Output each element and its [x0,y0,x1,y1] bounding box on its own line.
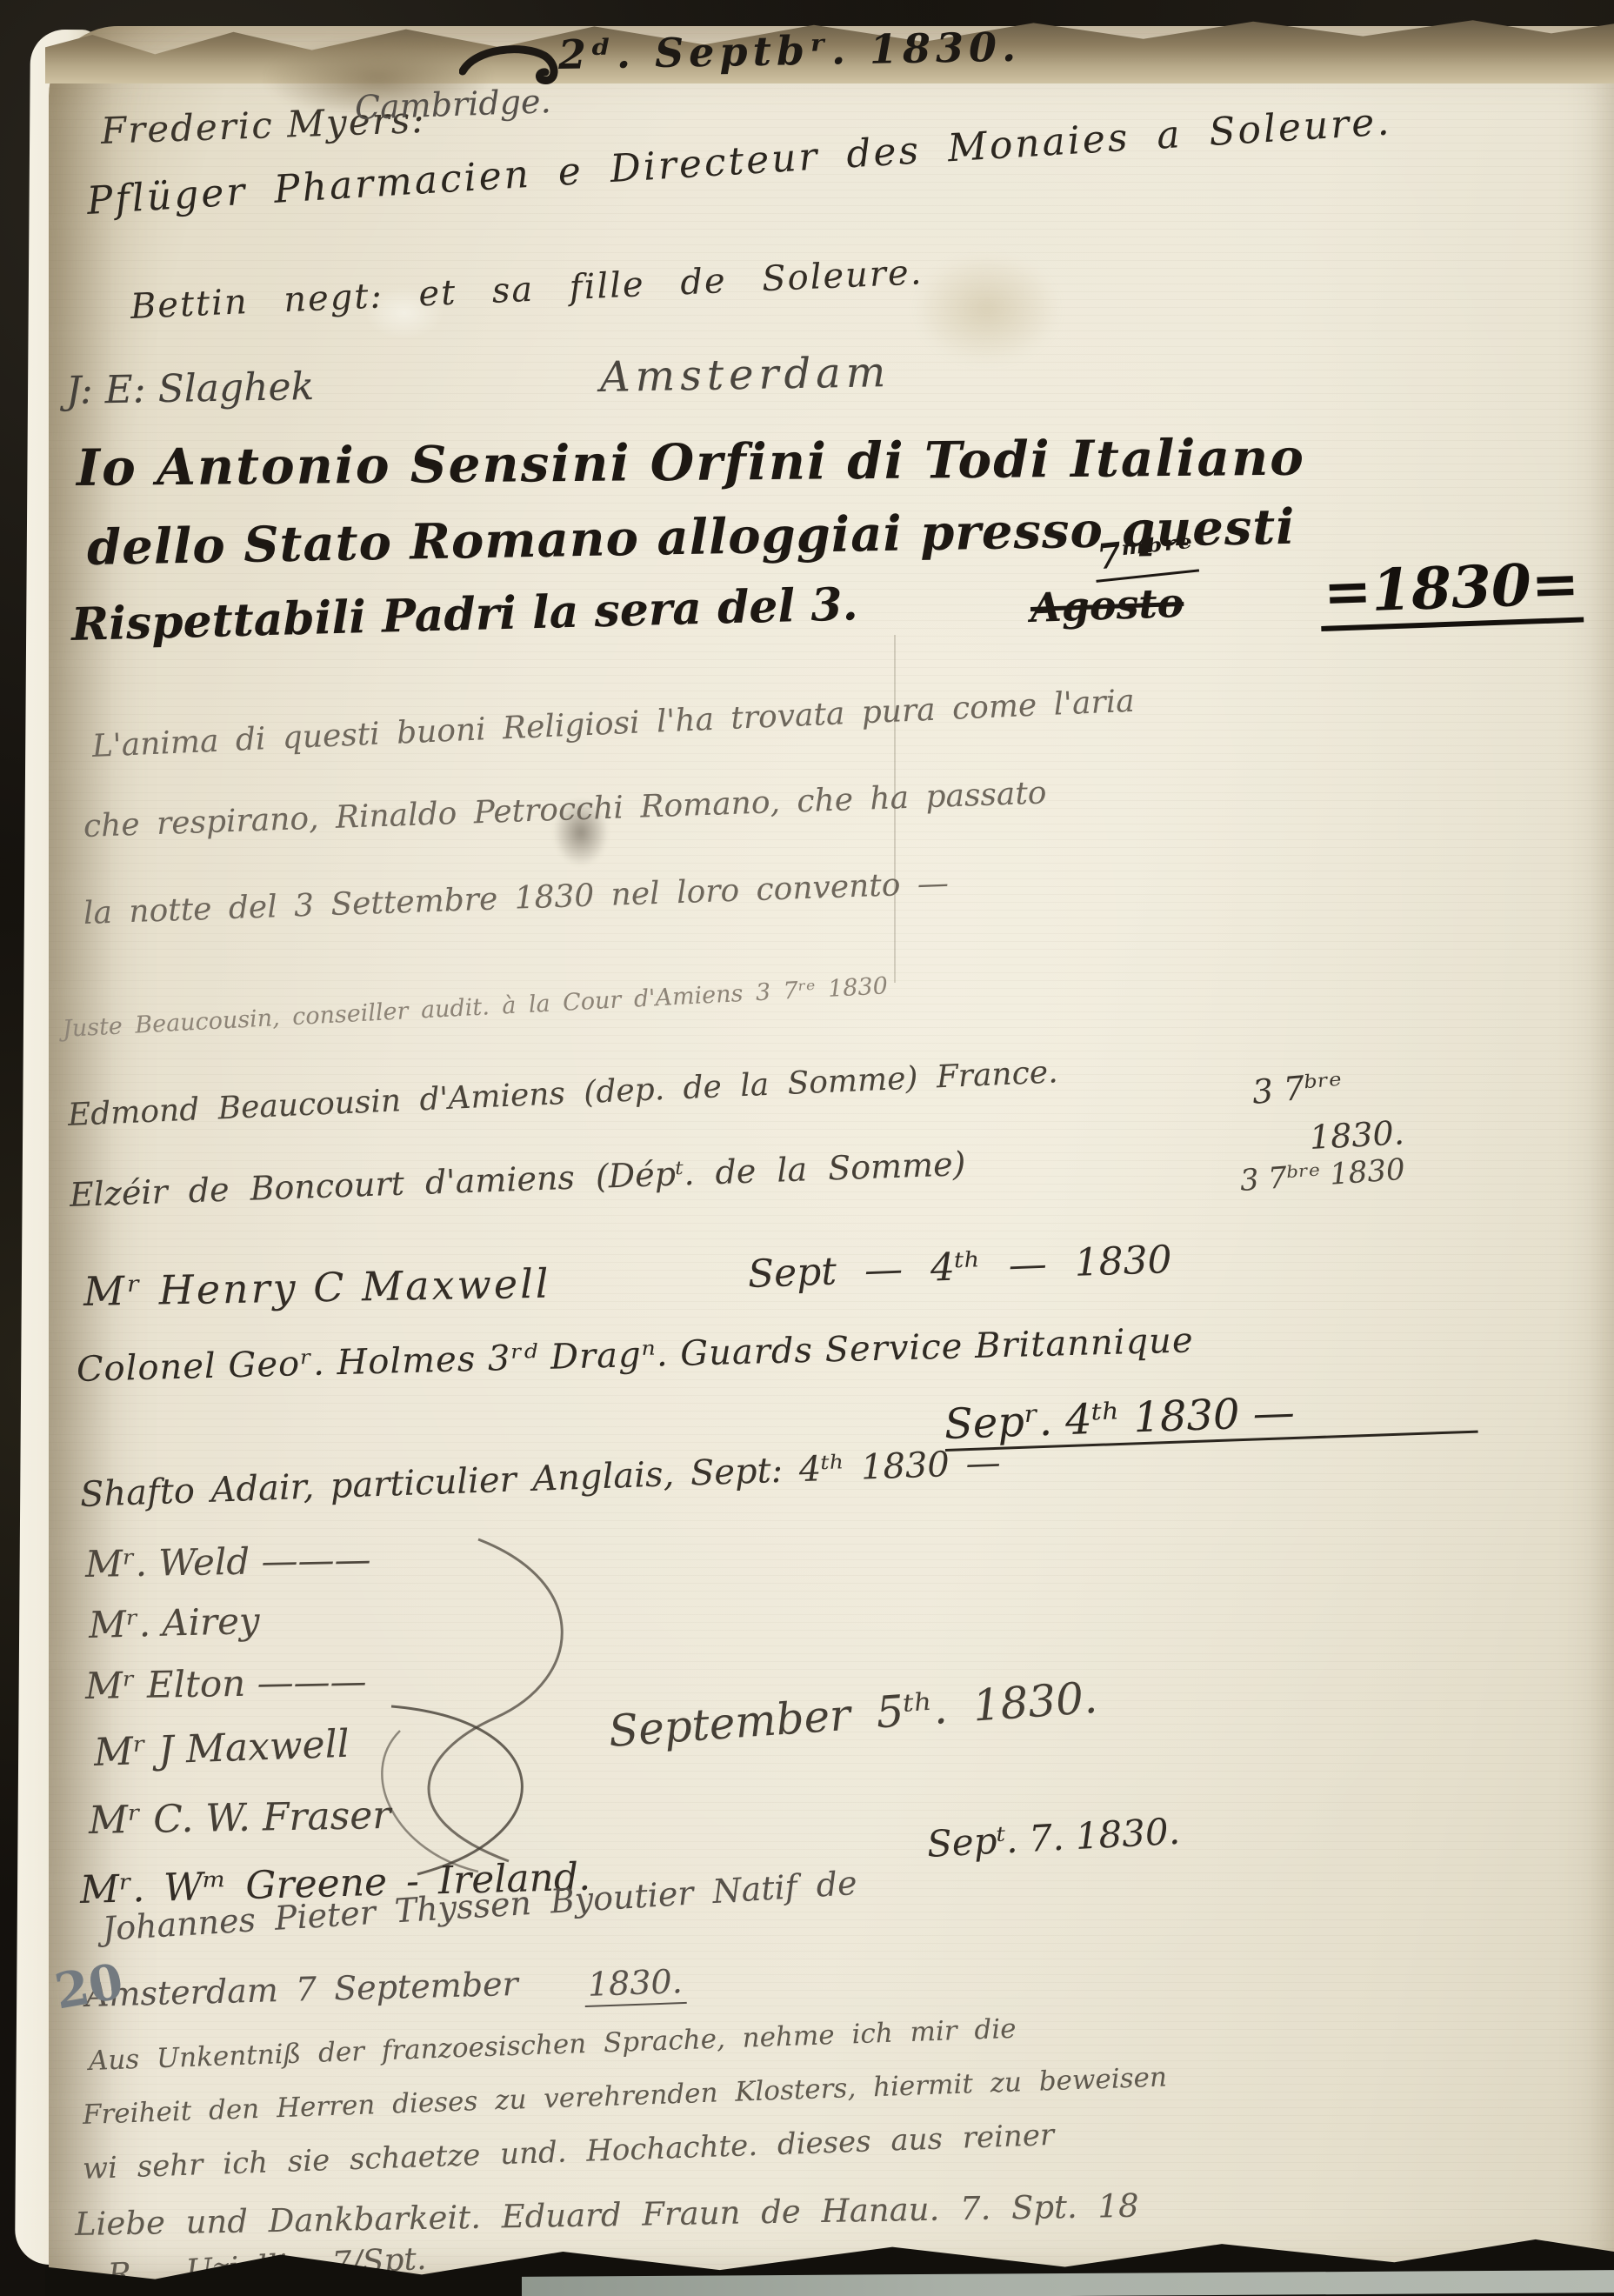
entry-fraser: Mʳ C. W. Fraser [89,1793,391,1843]
book-cover-background: 2ᵈ. Septbʳ. 1830. Frederic Myers: Cambri… [0,0,1614,2296]
entry-slaghek-place: Amsterdam [600,348,891,402]
entry-sensini-year: =1830= [1319,549,1584,631]
entry-thyssen-year: 1830. [584,1962,686,2007]
entry-myers-place: Cambridge. [354,82,551,127]
entry-airey: Mʳ. Airey [88,1599,260,1646]
entry-elton: Mʳ Elton ——— [85,1659,367,1707]
entry-henry-maxwell: Mʳ Henry C Maxwell [83,1260,551,1315]
header-date: 2ᵈ. Septbʳ. 1830. [558,23,1022,78]
entry-sensini-struck-word: Agosto [1030,579,1184,631]
entry-beaucousin-date-bottom: 1830. [1309,1113,1405,1157]
entry-j-maxwell: Mʳ J Maxwell [93,1722,350,1775]
page-number: 20 [50,1952,127,2021]
entry-weld: Mʳ. Weld ——— [85,1538,371,1585]
entry-sensini-line1: Io Antonio Sensini Orfini di Todi Italia… [77,428,1306,497]
entry-beaucousin-date-top: 3 7ᵇʳᵉ [1251,1065,1344,1111]
entry-slaghek: J: E: Slaghek [66,364,315,413]
